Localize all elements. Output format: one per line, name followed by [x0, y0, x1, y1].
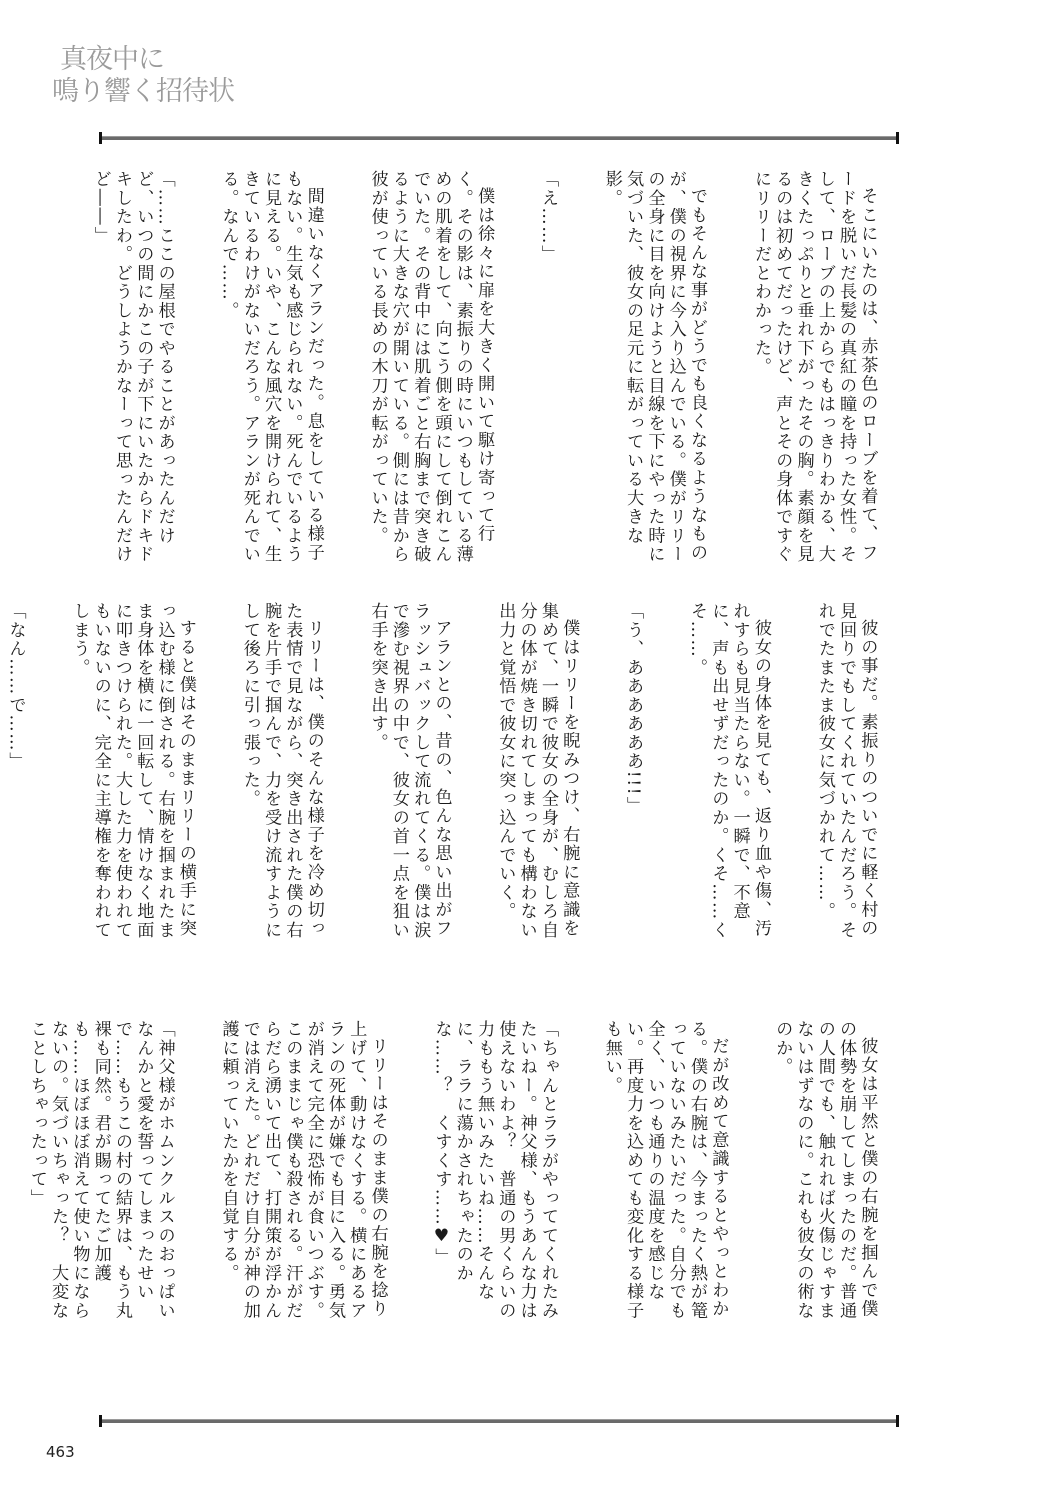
dialogue: 「え……」	[537, 170, 558, 565]
dialogue: 「……ここの屋根でやることがあったんだけど、いつの間にかこの子が下にいたからドキ…	[89, 170, 174, 565]
dialogue: 「ちゃんとララがやっててくれたみたいねー。神父様、もうあんな力は使えないわよ？ …	[430, 1020, 558, 1335]
paragraph: 彼女の身体を見ても、返り血や傷、汚れすらも見当たらない。一瞬で、不意に、声も出せ…	[686, 602, 771, 942]
book-title-line1: 真夜中に	[52, 44, 234, 76]
paragraph: 僕はリリーを睨みつけ、右腕に意識を集めて、一瞬で彼女の全身が、むしろ自分の体が焼…	[494, 602, 579, 942]
rule-cap-left	[99, 1415, 102, 1427]
dialogue: 「なん……で……」	[4, 602, 25, 942]
book-title-line2: 鳴り響く招待状	[52, 76, 234, 108]
paragraph: だが改めて意識するとやっとわかる。僕の右腕は、今まったく熱が篭っていないみたいだ…	[601, 1020, 729, 1335]
paragraph: アランとの、昔の、色んな思い出がフラッシュバックして流れてくる。僕は涙で滲む視界…	[366, 602, 451, 942]
text-tier-1: そこにいたのは、赤茶色のローブを着て、フードを脱いだ長髪の真紅の瞳を持った女性。…	[120, 170, 920, 565]
text-tier-2: 彼の事だ。素振りのついでに軽く村の見回りでもしてくれていたんだろう。それでたまた…	[120, 602, 920, 942]
rule-cap-right	[896, 132, 899, 144]
rule-cap-left	[99, 132, 102, 144]
book-title-logo: 真夜中に 鳴り響く招待状	[52, 44, 234, 108]
paragraph: リリーはそのまま僕の右腕を捻り上げて、動けなくする。横にあるアランの死体が嫌でも…	[217, 1020, 387, 1335]
text-tier-3: 彼女は平然と僕の右腕を掴んで僕の体勢を崩してしまったのだ。普通の人間でも、触れれ…	[120, 1020, 920, 1335]
paragraph: 僕は徐々に扉を大きく開いて駆け寄って行く。その影は、素振りの時にいつもしている薄…	[366, 170, 494, 565]
paragraph: 彼の事だ。素振りのついでに軽く村の見回りでもしてくれていたんだろう。それでたまた…	[814, 602, 878, 942]
dialogue: 「う、ああああああ!!!」	[622, 602, 643, 942]
footer-rule	[100, 1419, 898, 1423]
paragraph: でもそんな事がどうでも良くなるようなものが、僕の視界に今入り込んでいる。僕がリリ…	[601, 170, 707, 565]
paragraph: そこにいたのは、赤茶色のローブを着て、フードを脱いだ長髪の真紅の瞳を持った女性。…	[750, 170, 878, 565]
page-number: 463	[46, 1443, 75, 1461]
paragraph: 彼女は平然と僕の右腕を掴んで僕の体勢を崩してしまったのだ。普通の人間でも、触れれ…	[771, 1020, 877, 1335]
rule-cap-right	[896, 1415, 899, 1427]
header-rule	[100, 136, 898, 140]
paragraph: 間違いなくアランだった。息をしている様子もない。生気も感じられない。死んでいるよ…	[217, 170, 323, 565]
dialogue: 「神父様がホムンクルスのおっぱいなんかと愛を誓ってしまったせいで……もうこの村の…	[26, 1020, 175, 1335]
paragraph: すると僕はそのままリリーの横手に突っ込む様に倒される。右腕を掴まれたまま身体を横…	[68, 602, 196, 942]
paragraph: リリーは、僕のそんな様子を冷め切った表情で見ながら、突き出された僕の右腕を片手で…	[239, 602, 324, 942]
